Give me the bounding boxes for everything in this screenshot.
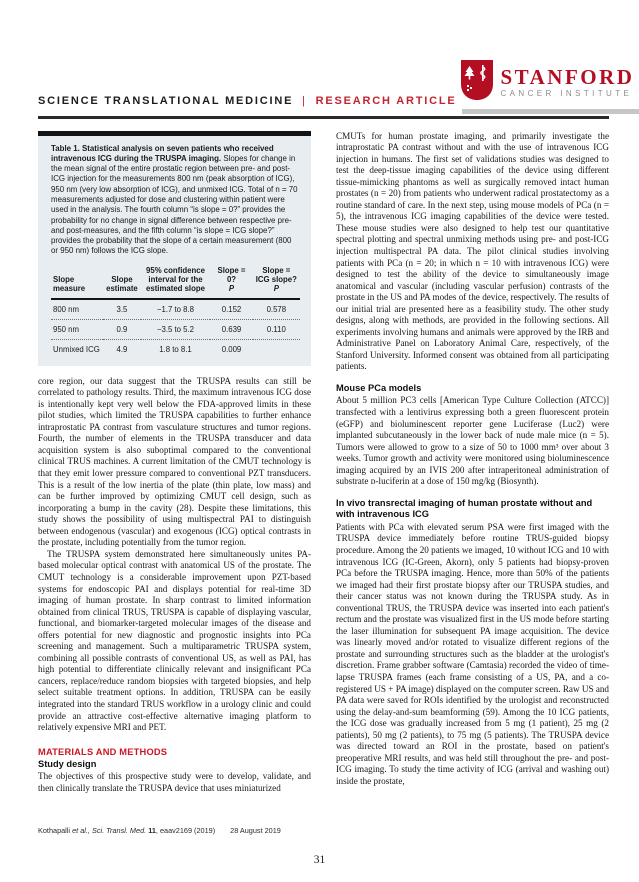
right-paragraph-2: About 5 million PC3 cells [American Type… [336,395,609,487]
paper-page: SCIENCE TRANSLATIONAL MEDICINE | RESEARC… [0,0,639,882]
running-footer-citation: Kothapalli et al., Sci. Transl. Med. 11,… [38,826,281,835]
subsection-heading-mouse-pca-models: Mouse PCa models [336,383,609,395]
logo-institution-name: STANFORD [501,67,635,88]
left-paragraph-3: The objectives of this prospective study… [38,771,311,794]
col-header-slope-estimate: Slope estimate [103,264,140,299]
left-column: Table 1. Statistical analysis on seven p… [38,131,311,795]
article-body: Table 1. Statistical analysis on seven p… [0,119,639,795]
right-column: CMUTs for human prostate imaging, and pr… [336,131,609,795]
table-row: Unmixed ICG 4.9 1.8 to 8.1 0.009 [51,339,300,356]
journal-name: SCIENCE TRANSLATIONAL MEDICINE [38,95,293,107]
p-value-label: P [255,284,298,293]
journal-banner: SCIENCE TRANSLATIONAL MEDICINE | RESEARC… [38,95,457,109]
table-1-caption: Table 1. Statistical analysis on seven p… [51,144,300,257]
col-header-slope-measure: Slope measure [51,264,103,299]
subsection-heading-study-design: Study design [38,759,311,771]
subsection-heading-in-vivo-transrectal-imaging: In vivo transrectal imaging of human pro… [336,498,609,521]
page-number: 31 [0,854,639,866]
section-heading-materials-and-methods: MATERIALS AND METHODS [38,747,311,757]
col-header-slope-icg: Slope = ICG slope? P [253,264,300,299]
masthead: SCIENCE TRANSLATIONAL MEDICINE | RESEARC… [0,0,639,116]
table-1-block: Table 1. Statistical analysis on seven p… [38,131,311,366]
citation-article-id: , eaav2169 (2019) [156,826,215,835]
left-paragraph-1: core region, our data suggest that the T… [38,376,311,549]
citation-journal: et al., Sci. Transl. Med. [72,826,146,835]
table-1-header: Slope measure Slope estimate 95% confide… [51,264,300,299]
logo-wordmark: STANFORD CANCER INSTITUTE [501,67,635,98]
col-header-slope-zero: Slope = 0? P [210,264,252,299]
col-header-confidence-interval: 95% confidence interval for the estimate… [141,264,211,299]
banner-divider: | [302,95,307,107]
citation-date: 28 August 2019 [230,826,281,835]
table-row: 950 nm 0.9 −3.5 to 5.2 0.639 0.110 [51,319,300,339]
left-paragraph-2: The TRUSPA system demonstrated here simu… [38,549,311,734]
citation-author: Kothapalli [38,826,72,835]
article-type-label: RESEARCH ARTICLE [316,95,457,107]
table-1: Slope measure Slope estimate 95% confide… [51,264,300,356]
stanford-shield-icon [460,59,494,106]
right-paragraph-1: CMUTs for human prostate imaging, and pr… [336,131,609,373]
p-value-label: P [212,284,250,293]
right-paragraph-3: Patients with PCa with elevated serum PS… [336,522,609,788]
table-row: 800 nm 3.5 −1.7 to 8.8 0.152 0.578 [51,299,300,320]
citation-volume: 11 [148,826,156,835]
stanford-cancer-institute-logo: STANFORD CANCER INSTITUTE [457,56,639,109]
table-1-caption-body: Slopes for change in the mean signal of … [51,154,298,256]
logo-institute-subtitle: CANCER INSTITUTE [501,90,635,98]
